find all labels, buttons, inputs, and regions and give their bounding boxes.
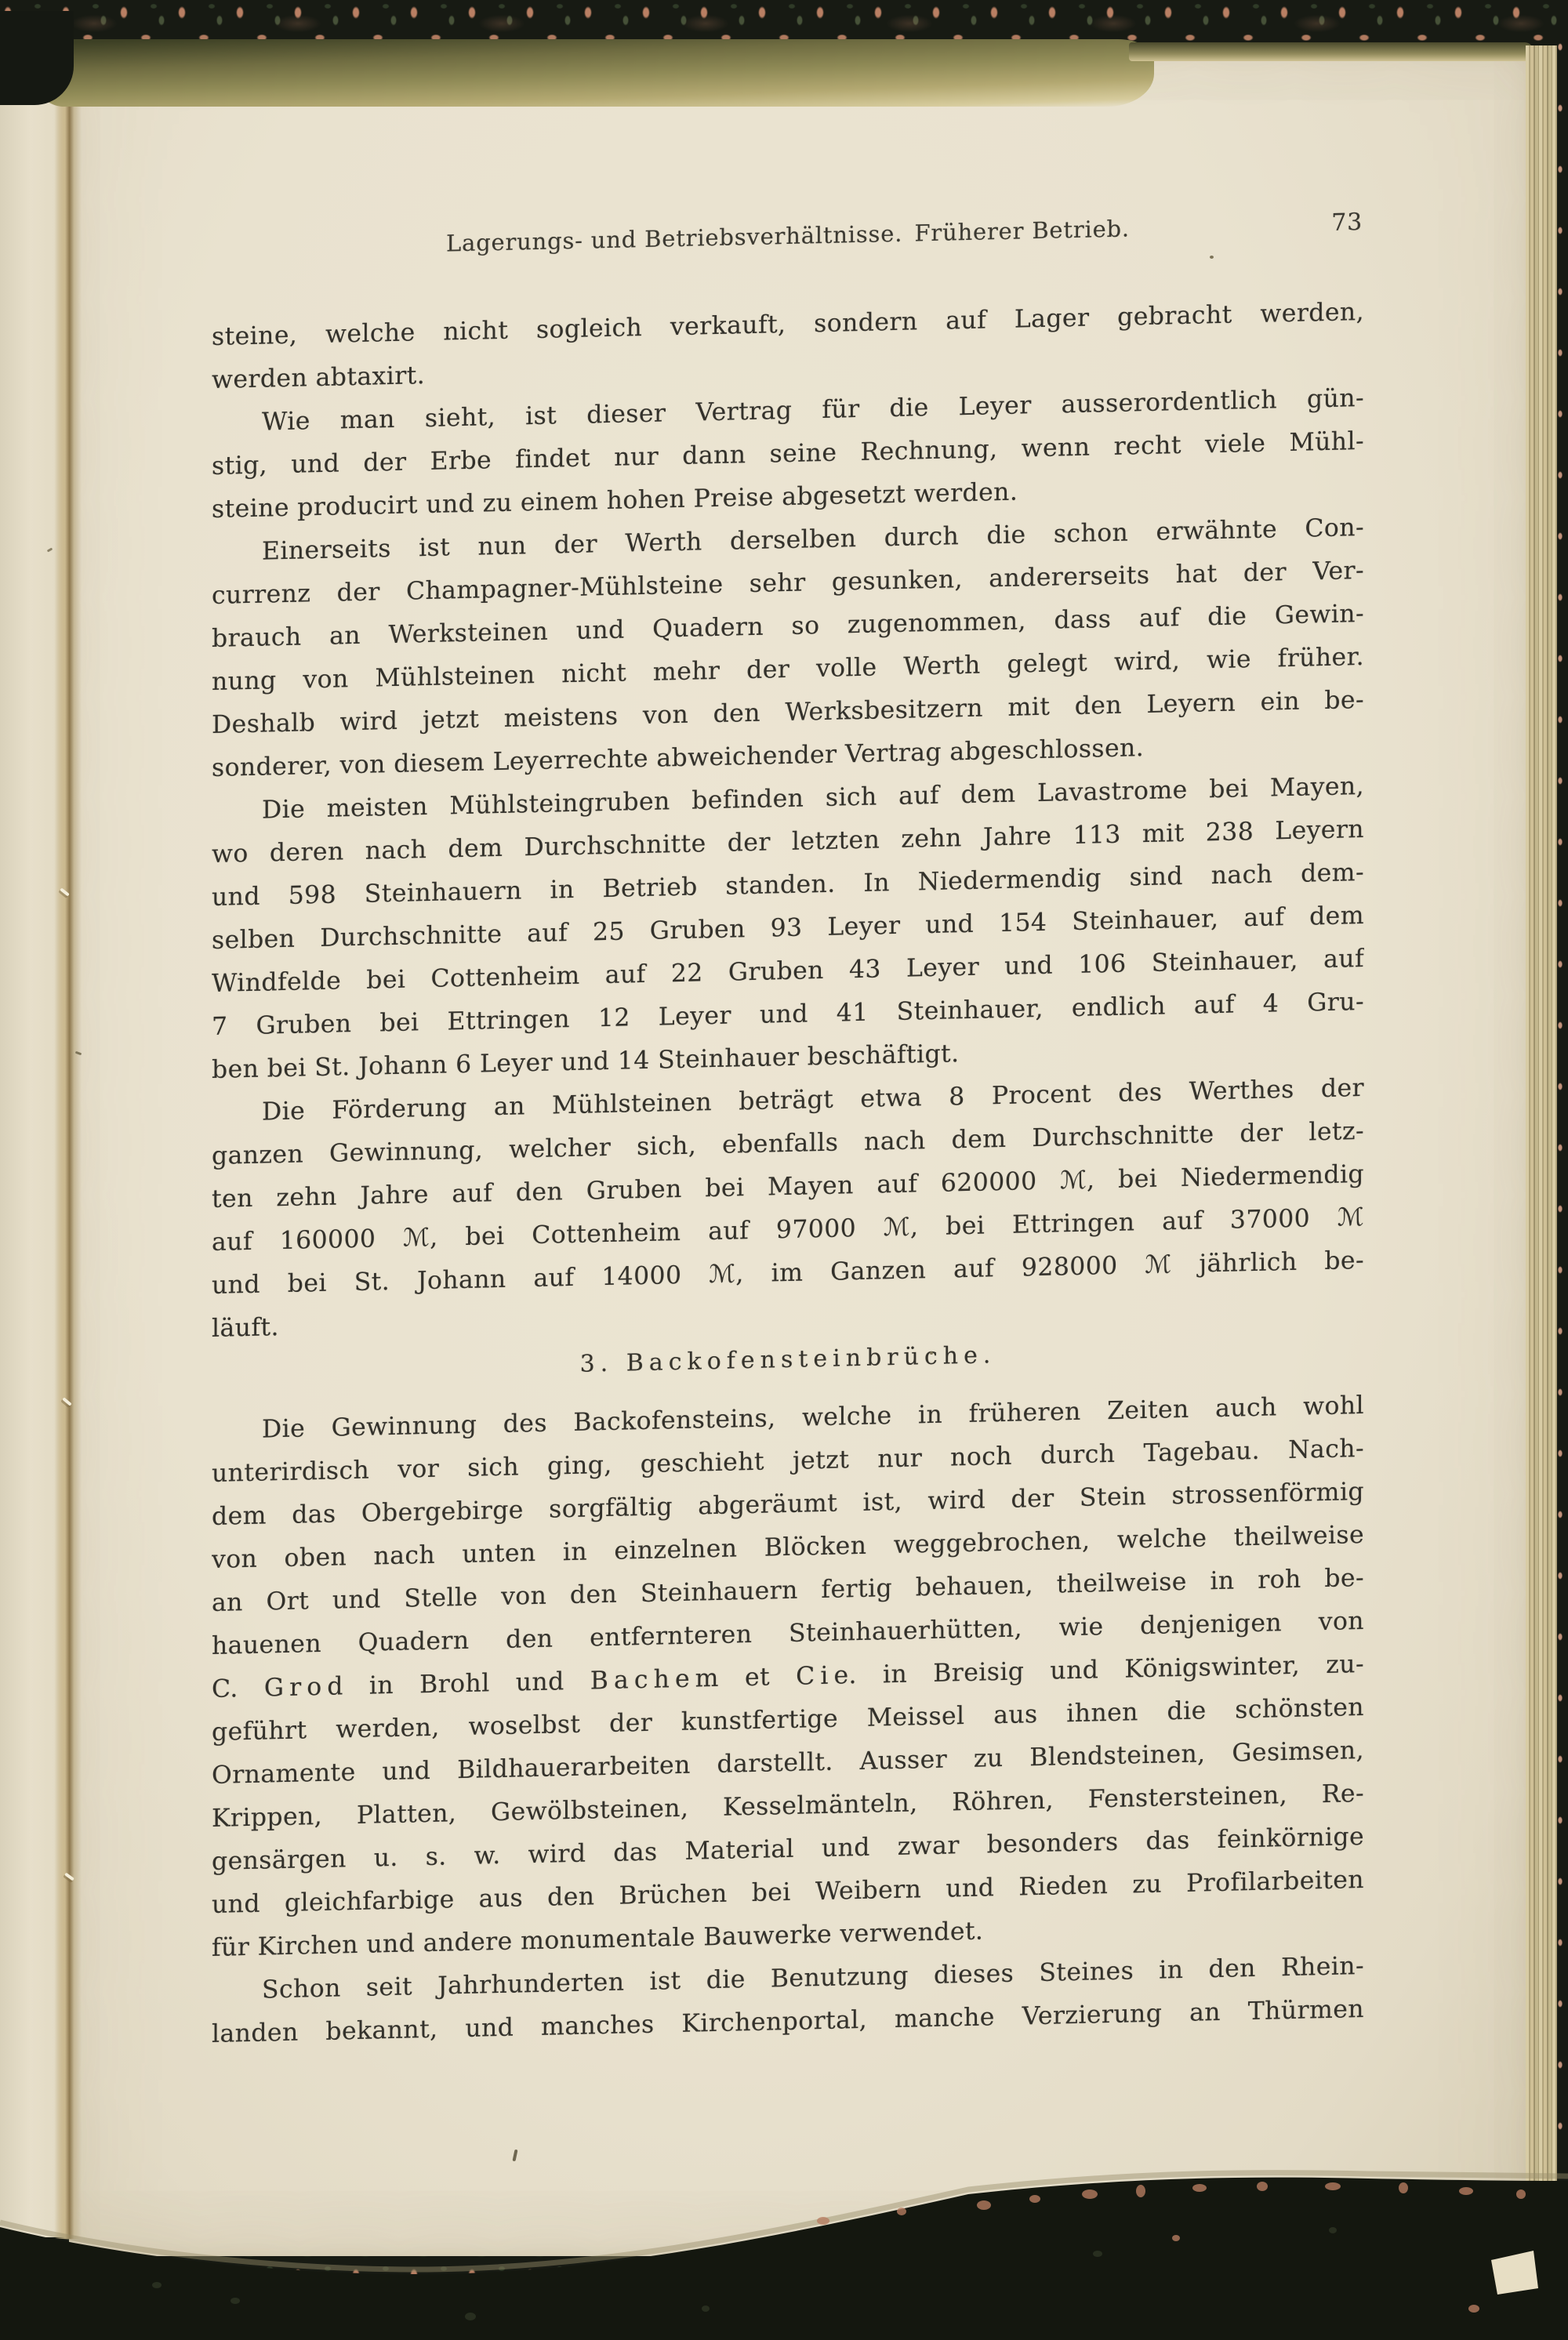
- binding-gutter: [55, 67, 82, 2239]
- text-column: steine, welche nicht sogleich verkauft, …: [212, 291, 1364, 2056]
- paragraph: Die Gewinnung des Backofensteins, welche…: [212, 1384, 1364, 1970]
- page-number: 73: [1331, 209, 1363, 237]
- paragraph: Einerseits ist nun der Werth derselben d…: [212, 506, 1364, 790]
- cover-corner: [0, 11, 74, 105]
- page-content: Lagerungs- und Betriebsverhältnisse. Frü…: [212, 0, 1364, 2340]
- paragraph: Die meisten Mühlsteingruben befinden sic…: [212, 765, 1364, 1092]
- ink-speck: [930, 1351, 933, 1355]
- paragraph: Wie man sieht, ist dieser Vertrag für di…: [212, 377, 1364, 531]
- running-header: Lagerungs- und Betriebsverhältnisse. Frü…: [212, 210, 1364, 271]
- ink-speck: [1210, 256, 1214, 259]
- running-header-title: Lagerungs- und Betriebsverhältnisse. Frü…: [212, 210, 1364, 262]
- paragraph: Die Förderung an Mühlsteinen beträgt etw…: [212, 1067, 1364, 1351]
- fore-edge-pages: [1526, 45, 1557, 2206]
- book-scan: Lagerungs- und Betriebsverhältnisse. Frü…: [0, 0, 1568, 2340]
